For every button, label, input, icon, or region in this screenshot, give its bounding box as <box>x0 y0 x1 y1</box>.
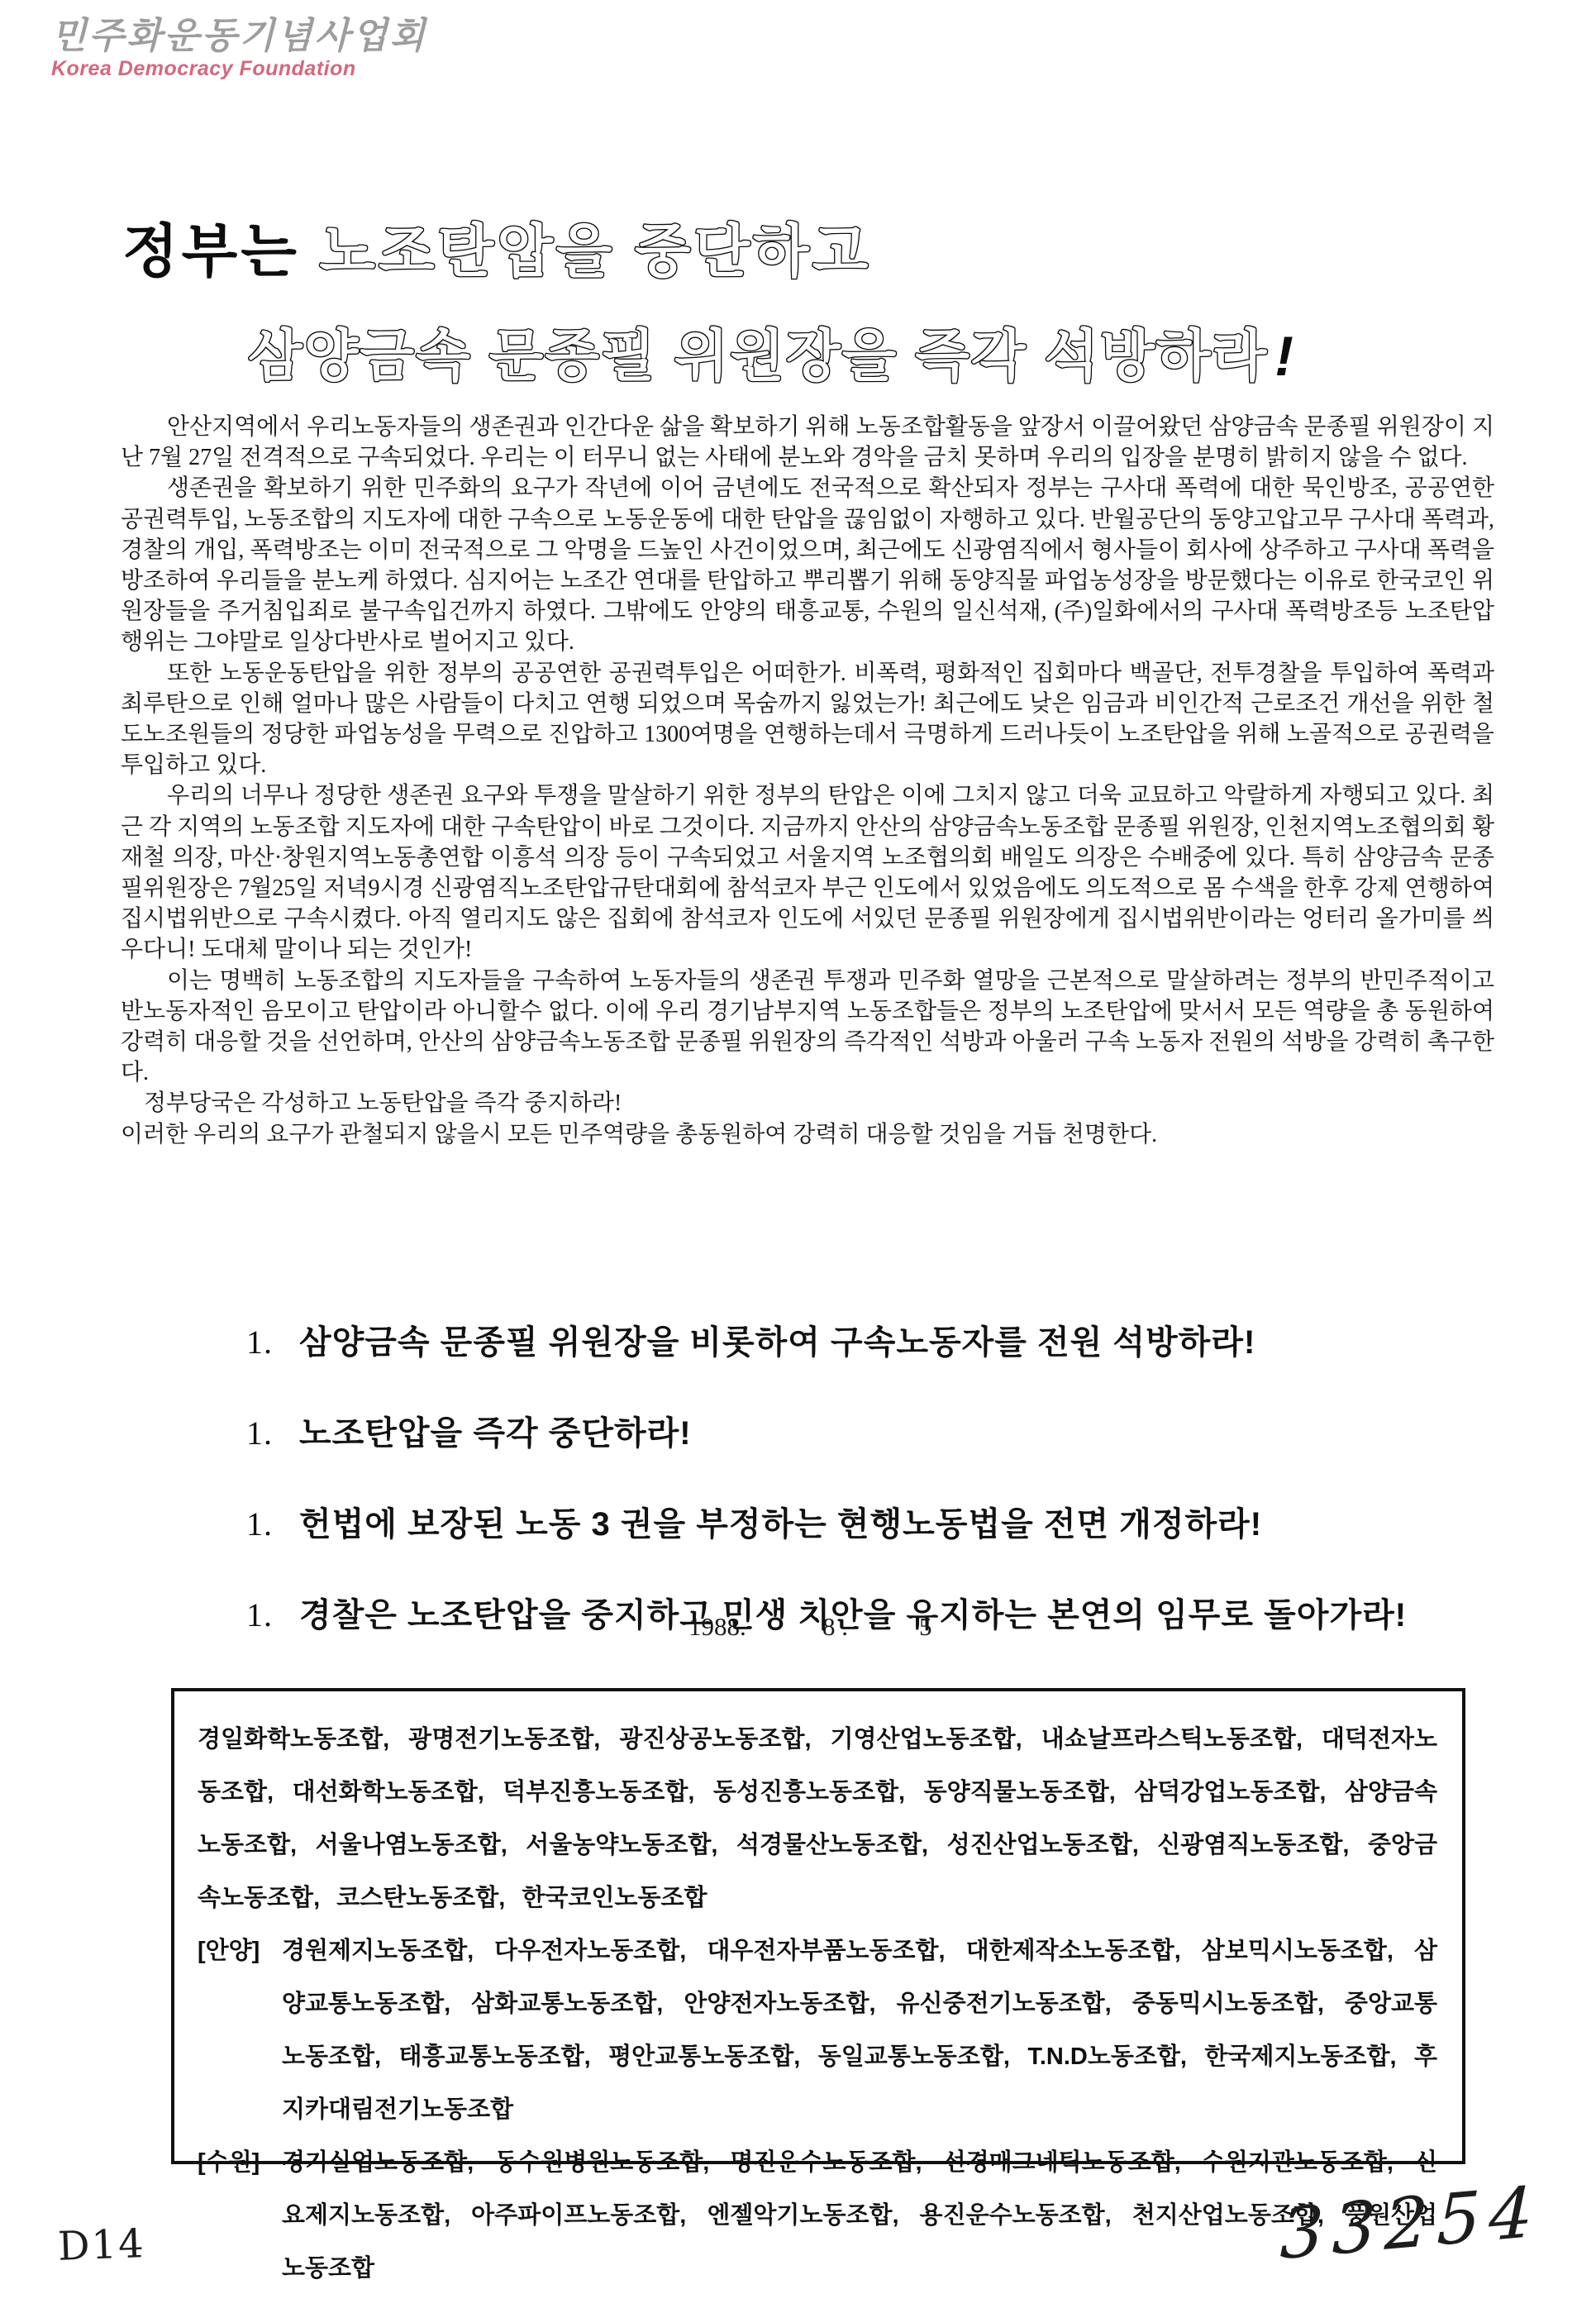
foundation-logo-korean: 민주화운동기념사업회 <box>51 17 427 56</box>
paragraph-6: 정부당국은 각성하고 노동탄압을 즉각 중지하라! <box>121 1088 1494 1118</box>
date-line: 1988. 8 . 5 <box>0 1612 1596 1645</box>
demand-item-2: 1.노조탄압을 즉각 중단하라! <box>246 1407 1486 1454</box>
paragraph-2: 생존권을 확보하기 위한 민주화의 요구가 작년에 이어 금년에도 전국적으로 … <box>121 473 1494 657</box>
demand-item-3: 1.헌법에 보장된 노동 3 권을 부정하는 현행노동법을 전면 개정하라! <box>246 1498 1486 1545</box>
demand-text: 삼양금속 문종필 위원장을 비롯하여 구속노동자를 전원 석방하라! <box>299 1324 1255 1361</box>
title-line1-solid: 정부는 <box>122 219 300 284</box>
date-day: 5 <box>919 1612 932 1642</box>
paragraph-3: 또한 노동운동탄압을 위한 정부의 공공연한 공권력투입은 어떠한가. 비폭력,… <box>121 658 1494 781</box>
suwon-label: [수원] <box>198 2136 282 2189</box>
document-title: 정부는 노조탄압을 중단하고 삼양금속 문종필 위원장을 즉각 석방하라! <box>122 205 1527 392</box>
demand-marker: 1. <box>246 1505 299 1543</box>
title-line1-outline: 노조탄압을 중단하고 <box>319 219 871 284</box>
title-line2-outline: 삼양금속 문종필 위원장을 즉각 석방하라 <box>248 325 1268 388</box>
paragraph-5: 이는 명백히 노동조합의 지도자들을 구속하여 노동자들의 생존권 투쟁과 민주… <box>121 966 1494 1089</box>
demand-item-1: 1.삼양금속 문종필 위원장을 비롯하여 구속노동자를 전원 석방하라! <box>246 1316 1486 1363</box>
signatory-unions-box: 경일화학노동조합, 광명전기노동조합, 광진상공노동조합, 기영산업노동조합, … <box>171 1688 1465 2164</box>
suwon-union-list: 경기실업노동조합, 동수원병원노동조합, 명진운수노동조합, 선경매그네틱노동조… <box>282 2136 1437 2295</box>
statement-body: 안산지역에서 우리노동자들의 생존권과 인간다운 삶을 확보하기 위해 노동조합… <box>121 412 1494 1150</box>
title-line-1: 정부는 노조탄압을 중단하고 <box>122 205 1527 289</box>
date-year: 1988. <box>688 1612 746 1642</box>
foundation-logo-english: Korea Democracy Foundation <box>51 58 427 81</box>
date-month: 8 . <box>822 1612 848 1642</box>
handwritten-code-d14: D14 <box>57 2220 145 2270</box>
ansan-union-list: 경일화학노동조합, 광명전기노동조합, 광진상공노동조합, 기영산업노동조합, … <box>198 1713 1437 1924</box>
demand-text: 헌법에 보장된 노동 3 권을 부정하는 현행노동법을 전면 개정하라! <box>299 1506 1262 1543</box>
document-page: 민주화운동기념사업회 Korea Democracy Foundation 정부… <box>0 0 1596 2313</box>
demand-text: 노조탄압을 즉각 중단하라! <box>299 1415 692 1452</box>
demand-marker: 1. <box>246 1414 299 1452</box>
foundation-logo: 민주화운동기념사업회 Korea Democracy Foundation <box>51 17 427 81</box>
anyang-label: [안양] <box>198 1924 282 1977</box>
title-exclamation: ! <box>1274 325 1295 388</box>
demand-marker: 1. <box>246 1323 299 1362</box>
title-line-2: 삼양금속 문종필 위원장을 즉각 석방하라! <box>248 312 1527 392</box>
union-group-suwon: [수원] 경기실업노동조합, 동수원병원노동조합, 명진운수노동조합, 선경매그… <box>198 2136 1437 2295</box>
paragraph-1: 안산지역에서 우리노동자들의 생존권과 인간다운 삶을 확보하기 위해 노동조합… <box>121 412 1494 473</box>
paragraph-7: 이러한 우리의 요구가 관철되지 않을시 모든 민주역량을 총동원하여 강력히 … <box>121 1119 1494 1150</box>
union-group-ansan: 경일화학노동조합, 광명전기노동조합, 광진상공노동조합, 기영산업노동조합, … <box>198 1713 1437 1924</box>
anyang-union-list: 경원제지노동조합, 다우전자노동조합, 대우전자부품노동조합, 대한제작소노동조… <box>282 1924 1437 2136</box>
union-group-anyang: [안양] 경원제지노동조합, 다우전자노동조합, 대우전자부품노동조합, 대한제… <box>198 1924 1437 2136</box>
paragraph-4: 우리의 너무나 정당한 생존권 요구와 투쟁을 말살하기 위한 정부의 탄압은 … <box>121 780 1494 965</box>
